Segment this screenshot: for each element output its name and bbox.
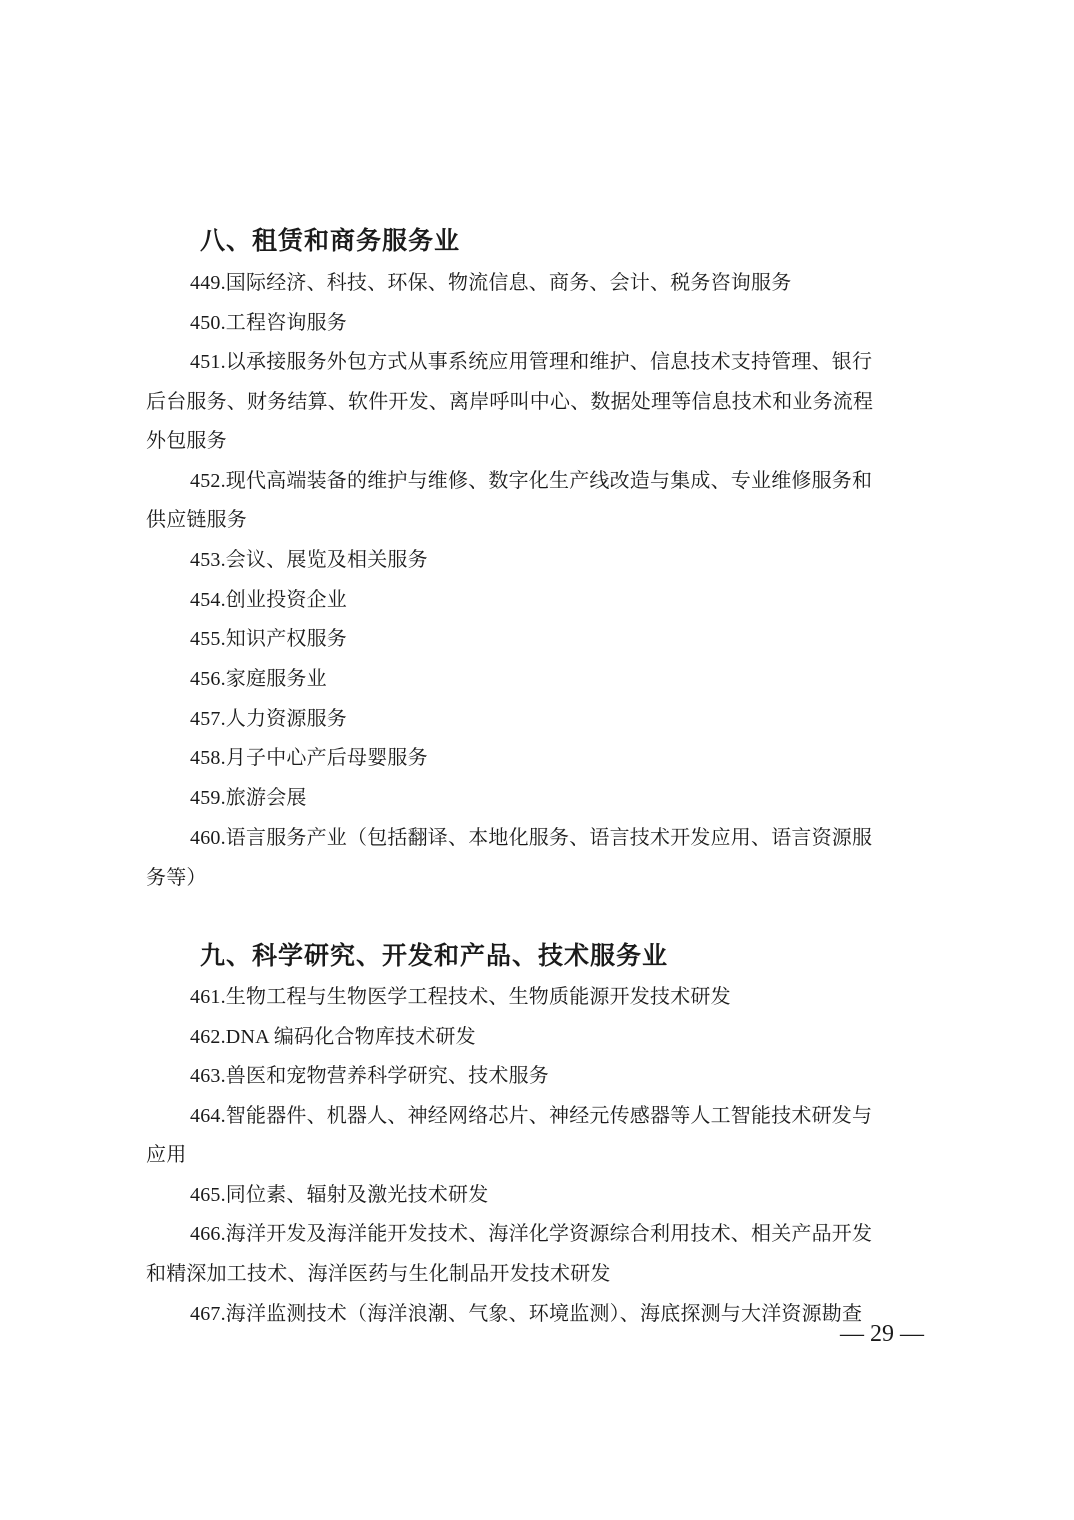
- list-item-462: 462.DNA 编码化合物库技术研发: [190, 1025, 476, 1049]
- list-item-461: 461.生物工程与生物医学工程技术、生物质能源开发技术研发: [190, 985, 731, 1009]
- list-item-460-cont: 务等）: [146, 866, 207, 890]
- list-item-453: 453.会议、展览及相关服务: [190, 548, 428, 572]
- list-item-457: 457.人力资源服务: [190, 707, 347, 731]
- list-item-451: 451.以承接服务外包方式从事系统应用管理和维护、信息技术支持管理、银行: [190, 350, 872, 374]
- list-item-451-cont-1: 后台服务、财务结算、软件开发、离岸呼叫中心、数据处理等信息技术和业务流程: [146, 390, 873, 414]
- list-item-466-cont: 和精深加工技术、海洋医药与生化制品开发技术研发: [146, 1262, 611, 1286]
- list-item-450: 450.工程咨询服务: [190, 311, 347, 335]
- list-item-464-cont: 应用: [146, 1143, 186, 1167]
- list-item-459: 459.旅游会展: [190, 786, 307, 810]
- list-item-466: 466.海洋开发及海洋能开发技术、海洋化学资源综合利用技术、相关产品开发: [190, 1222, 872, 1246]
- list-item-456: 456.家庭服务业: [190, 667, 327, 691]
- page-number: — 29 —: [840, 1320, 924, 1348]
- list-item-463: 463.兽医和宠物营养科学研究、技术服务: [190, 1064, 549, 1088]
- list-item-464: 464.智能器件、机器人、神经网络芯片、神经元传感器等人工智能技术研发与: [190, 1104, 872, 1128]
- list-item-452: 452.现代高端装备的维护与维修、数字化生产线改造与集成、专业维修服务和: [190, 469, 872, 493]
- section-heading-research: 九、科学研究、开发和产品、技术服务业: [200, 941, 668, 971]
- list-item-467: 467.海洋监测技术（海洋浪潮、气象、环境监测）、海底探测与大洋资源勘查: [190, 1302, 862, 1326]
- list-item-460: 460.语言服务产业（包括翻译、本地化服务、语言技术开发应用、语言资源服: [190, 826, 872, 850]
- section-heading-leasing: 八、租赁和商务服务业: [200, 226, 460, 256]
- list-item-455: 455.知识产权服务: [190, 627, 347, 651]
- list-item-449: 449.国际经济、科技、环保、物流信息、商务、会计、税务咨询服务: [190, 271, 791, 295]
- list-item-451-cont-2: 外包服务: [146, 429, 227, 453]
- document-page: 八、租赁和商务服务业 449.国际经济、科技、环保、物流信息、商务、会计、税务咨…: [0, 0, 1074, 1520]
- list-item-465: 465.同位素、辐射及激光技术研发: [190, 1183, 488, 1207]
- list-item-452-cont: 供应链服务: [146, 508, 247, 532]
- list-item-454: 454.创业投资企业: [190, 588, 347, 612]
- list-item-458: 458.月子中心产后母婴服务: [190, 746, 428, 770]
